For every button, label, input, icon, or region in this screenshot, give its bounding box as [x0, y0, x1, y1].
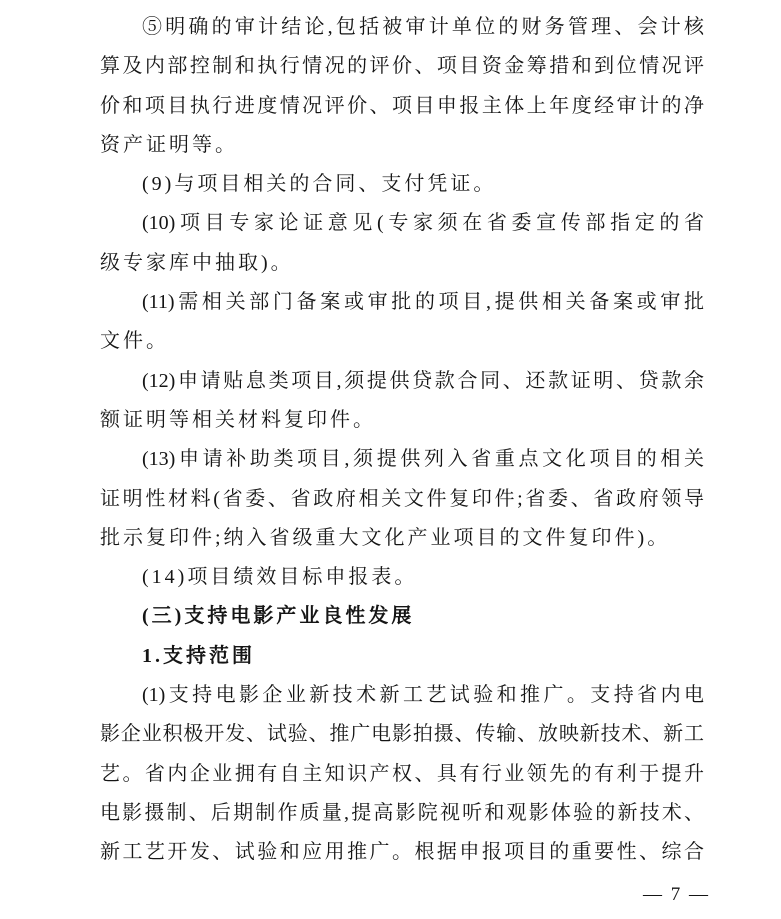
text-line: 艺。省内企业拥有自主知识产权、具有行业领先的有利于提升: [100, 755, 704, 794]
text-line: 额证明等相关材料复印件。: [100, 401, 704, 440]
text-line: 证明性材料(省委、省政府相关文件复印件;省委、省政府领导: [100, 480, 704, 519]
document-page: ⑤明确的审计结论,包括被审计单位的财务管理、会计核 算及内部控制和执行情况的评价…: [0, 0, 781, 919]
list-item-1: (1)支持电影企业新技术新工艺试验和推广。支持省内电: [100, 676, 704, 715]
list-item-9: (9)与项目相关的合同、支付凭证。: [100, 165, 704, 204]
text-line: 新工艺开发、试验和应用推广。根据申报项目的重要性、综合: [100, 833, 704, 872]
text-line: 算及内部控制和执行情况的评价、项目资金筹措和到位情况评: [100, 47, 704, 86]
list-item-11: (11)需相关部门备案或审批的项目,提供相关备案或审批: [100, 283, 704, 322]
list-item-12: (12)申请贴息类项目,须提供贷款合同、还款证明、贷款余: [100, 362, 704, 401]
text-line: 资产证明等。: [100, 126, 704, 165]
text-line: 批示复印件;纳入省级重大文化产业项目的文件复印件)。: [100, 519, 704, 558]
text-line: 价和项目执行进度情况评价、项目申报主体上年度经审计的净: [100, 87, 704, 126]
section-heading-3: (三)支持电影产业良性发展: [100, 597, 704, 636]
list-item-10: (10)项目专家论证意见(专家须在省委宣传部指定的省: [100, 204, 704, 243]
subsection-heading-1: 1.支持范围: [100, 637, 704, 676]
text-line: 级专家库中抽取)。: [100, 244, 704, 283]
text-line: 电影摄制、后期制作质量,提高影院视听和观影体验的新技术、: [100, 794, 704, 833]
text-line: 文件。: [100, 322, 704, 361]
list-item-13: (13)申请补助类项目,须提供列入省重点文化项目的相关: [100, 440, 704, 479]
list-item-14: (14)项目绩效目标申报表。: [100, 558, 704, 597]
text-line: 影企业积极开发、试验、推广电影拍摄、传输、放映新技术、新工: [100, 715, 704, 754]
document-body: ⑤明确的审计结论,包括被审计单位的财务管理、会计核 算及内部控制和执行情况的评价…: [100, 8, 704, 873]
text-line: ⑤明确的审计结论,包括被审计单位的财务管理、会计核: [100, 8, 704, 47]
page-number: — 7 —: [643, 884, 710, 906]
